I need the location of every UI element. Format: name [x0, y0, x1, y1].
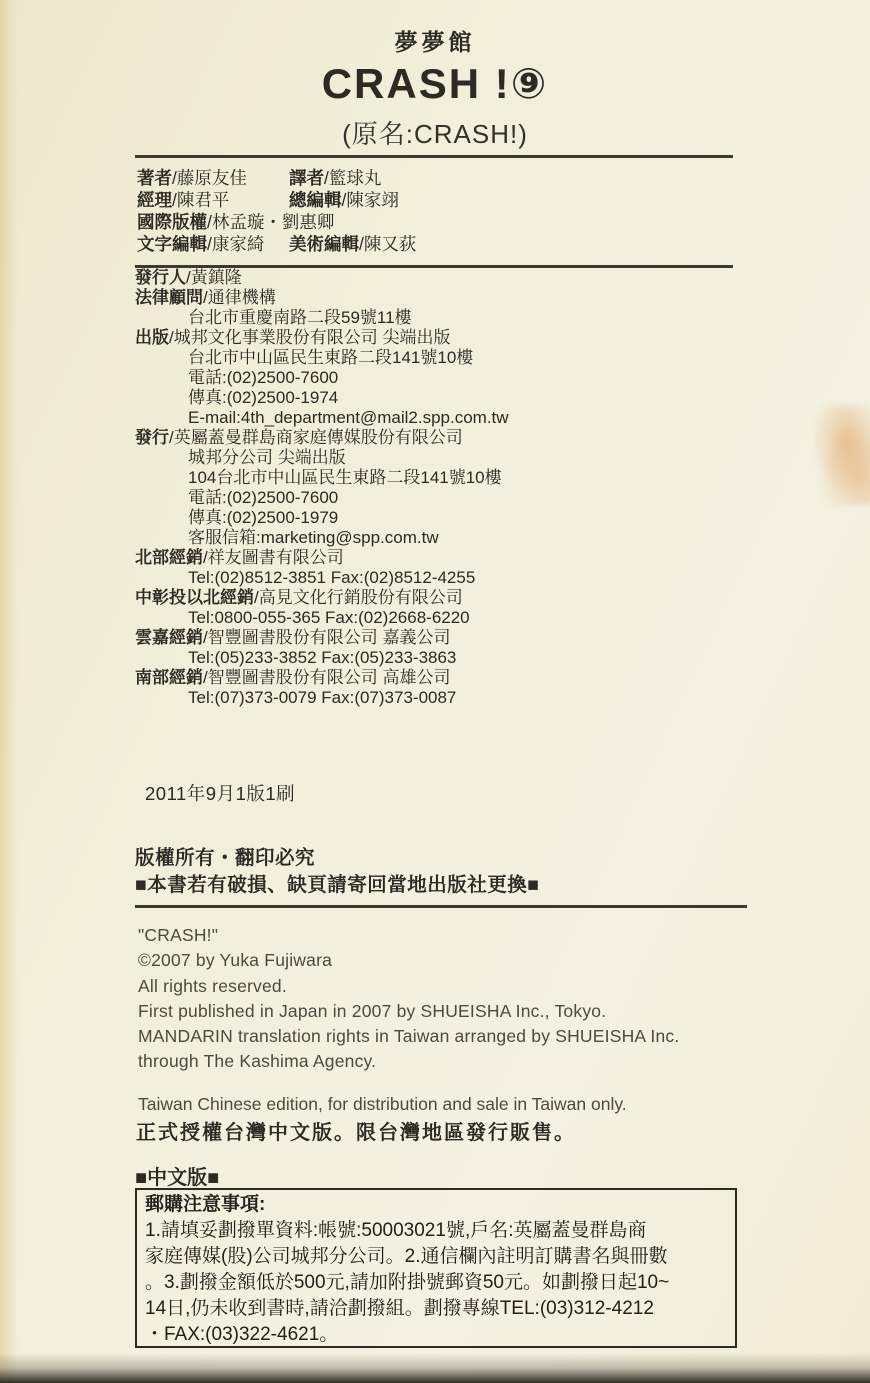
- publication-line: 電話:(02)2500-7600: [135, 368, 509, 388]
- book-title: CRASH !⑨: [0, 60, 870, 108]
- chinese-edition-header: ■中文版■: [135, 1161, 219, 1190]
- chinese-license-line: 正式授權台灣中文版。限台灣地區發行販售。: [136, 1116, 576, 1145]
- publication-line: 發行/英屬蓋曼群島商家庭傳媒股份有限公司: [135, 428, 509, 448]
- publication-line: E-mail:4th_department@mail2.spp.com.tw: [135, 408, 509, 428]
- english-rights-line: All rights reserved.: [138, 974, 679, 999]
- publication-line: Tel:(05)233-3852 Fax:(05)233-3863: [135, 648, 509, 668]
- credit-name: /陳家翊: [342, 190, 399, 210]
- english-first-published-line: First published in Japan in 2007 by SHUE…: [138, 999, 679, 1024]
- credit-row: 著者/藤原友佳 譯者/籃球丸: [137, 167, 733, 189]
- credit-row: 文字編輯/康家綺 美術編輯/陳又荻: [137, 233, 733, 255]
- publication-line: 傳真:(02)2500-1974: [135, 388, 509, 408]
- credit-role: 文字編輯: [137, 234, 207, 254]
- page-edge-left: [0, 0, 18, 1383]
- all-rights-reserved-line: 版權所有・翻印必究: [135, 845, 540, 872]
- credit-name: /林孟璇・劉惠卿: [207, 212, 334, 232]
- publication-line: Tel:0800-055-365 Fax:(02)2668-6220: [135, 608, 509, 628]
- damaged-book-notice: ■本書若有破損、缺頁請寄回當地出版社更換■: [135, 872, 540, 899]
- publication-line: 城邦分公司 尖端出版: [135, 448, 509, 468]
- mail-order-title: 郵購注意事項:: [145, 1192, 727, 1218]
- book-header: 夢夢館 CRASH !⑨ (原名:CRASH!): [0, 24, 870, 151]
- mail-order-box: 郵購注意事項: 1.請填妥劃撥單資料:帳號:50003021號,戶名:英屬蓋曼群…: [135, 1188, 737, 1348]
- mail-order-line: 。3.劃撥金額低於500元,請加附掛號郵資50元。如劃撥日起10~: [145, 1270, 727, 1296]
- publication-line: 104台北市中山區民生東路二段141號10樓: [135, 468, 509, 488]
- credit-role: 經理: [137, 190, 172, 210]
- credit-role: 美術編輯: [289, 234, 359, 254]
- publication-info: 發行人/黃鎮隆 法律顧問/通律機構 台北市重慶南路二段59號11樓 出版/城邦文…: [135, 268, 509, 708]
- credit-role: 國際版權: [137, 212, 207, 232]
- credit-role: 總編輯: [289, 190, 342, 210]
- copyright-notice: 版權所有・翻印必究 ■本書若有破損、缺頁請寄回當地出版社更換■: [135, 845, 540, 899]
- volume-number-circled: ⑨: [511, 60, 549, 107]
- credit-name: /藤原友佳: [172, 168, 247, 188]
- english-title-line: "CRASH!": [138, 923, 679, 948]
- mail-order-line: ・FAX:(03)322-4621。: [145, 1322, 727, 1348]
- publication-line: 客服信箱:marketing@spp.com.tw: [135, 528, 509, 548]
- mail-order-line: 家庭傳媒(股)公司城邦分公司。2.通信欄內註明訂購書名與冊數: [145, 1244, 727, 1270]
- publication-line: 北部經銷/祥友圖書有限公司: [135, 548, 509, 568]
- colophon-page: 夢夢館 CRASH !⑨ (原名:CRASH!) 著者/藤原友佳 譯者/籃球丸 …: [0, 0, 870, 1383]
- publication-line: 發行人/黃鎮隆: [135, 268, 509, 288]
- credit-role: 著者: [137, 168, 172, 188]
- publication-line: Tel:(02)8512-3851 Fax:(02)8512-4255: [135, 568, 509, 588]
- english-copyright-line: ©2007 by Yuka Fujiwara: [138, 948, 679, 973]
- credit-name: /陳又荻: [359, 234, 416, 254]
- taiwan-edition-note: Taiwan Chinese edition, for distribution…: [138, 1094, 627, 1115]
- mail-order-line: 1.請填妥劃撥單資料:帳號:50003021號,戶名:英屬蓋曼群島商: [145, 1218, 727, 1244]
- publication-line: 雲嘉經銷/智豐圖書股份有限公司 嘉義公司: [135, 628, 509, 648]
- paper-stain: [805, 405, 870, 505]
- credit-role: 譯者: [289, 168, 324, 188]
- credit-row: 經理/陳君平 總編輯/陳家翊: [137, 189, 733, 211]
- mail-order-line: 14日,仍未收到書時,請洽劃撥組。劃撥專線TEL:(03)312-4212: [145, 1296, 727, 1322]
- book-title-text: CRASH !: [322, 60, 511, 107]
- publication-line: 中彰投以北經銷/高見文化行銷股份有限公司: [135, 588, 509, 608]
- publication-line: Tel:(07)373-0079 Fax:(07)373-0087: [135, 688, 509, 708]
- publication-line: 法律顧問/通律機構: [135, 288, 509, 308]
- page-edge-shadow: [0, 1353, 870, 1383]
- section-divider: [135, 905, 747, 908]
- publication-line: 台北市重慶南路二段59號11樓: [135, 308, 509, 328]
- publication-line: 南部經銷/智豐圖書股份有限公司 高雄公司: [135, 668, 509, 688]
- english-agency-line: through The Kashima Agency.: [138, 1049, 679, 1074]
- credit-name: /康家綺: [207, 234, 264, 254]
- credits-block: 著者/藤原友佳 譯者/籃球丸 經理/陳君平 總編輯/陳家翊 國際版權/林孟璇・劉…: [135, 155, 733, 268]
- credit-row: 國際版權/林孟璇・劉惠卿: [137, 211, 733, 233]
- original-title: (原名:CRASH!): [0, 114, 870, 151]
- publication-line: 電話:(02)2500-7600: [135, 488, 509, 508]
- credit-name: /陳君平: [172, 190, 229, 210]
- publication-line: 台北市中山區民生東路二段141號10樓: [135, 348, 509, 368]
- credit-name: /籃球丸: [324, 168, 381, 188]
- publication-line: 出版/城邦文化事業股份有限公司 尖端出版: [135, 328, 509, 348]
- english-translation-rights-line: MANDARIN translation rights in Taiwan ar…: [138, 1024, 679, 1049]
- english-copyright-block: "CRASH!" ©2007 by Yuka Fujiwara All righ…: [138, 923, 679, 1075]
- edition-date: 2011年9月1版1刷: [145, 780, 295, 806]
- imprint-label: 夢夢館: [0, 24, 870, 57]
- publication-line: 傳真:(02)2500-1979: [135, 508, 509, 528]
